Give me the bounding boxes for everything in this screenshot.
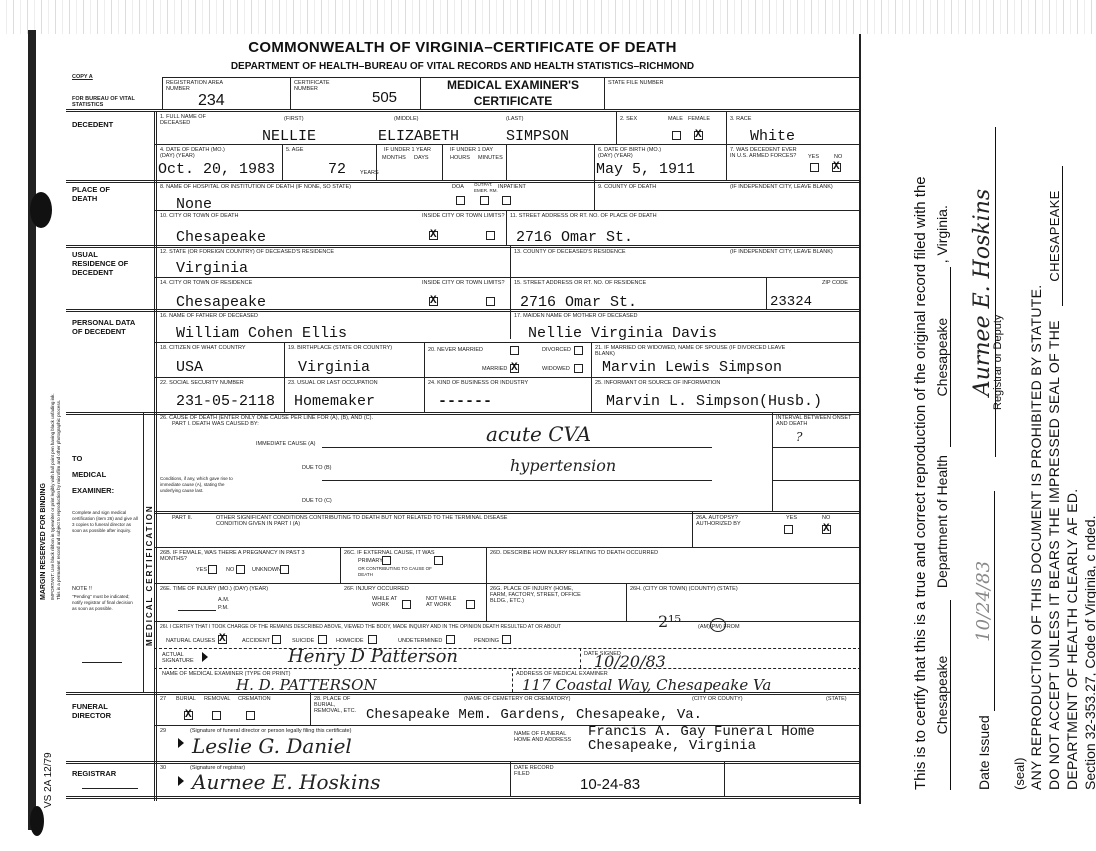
divider [154,547,861,548]
conditions-note: Conditions, if any, which gave rise to i… [160,476,244,494]
f15-label: 15. STREET ADDRESS OR RT. NO. OF RESIDEN… [514,280,646,286]
pregnancy-unknown-checkbox[interactable] [280,565,289,574]
warning-city: CHESAPEAKE [1047,166,1063,306]
doa-checkbox[interactable] [456,196,465,205]
inpatient-label: Inpatient [498,184,526,190]
cause-line-a [322,447,712,448]
binding-edge [28,30,36,830]
arrow-icon [178,738,184,748]
spouse-name: Marvin Lewis Simpson [602,359,782,376]
father-name: William Cohen Ellis [176,325,347,342]
suicide-checkbox[interactable] [318,635,327,644]
burial-label: BURIAL [176,696,196,702]
immediate-cause-label: IMMEDIATE CAUSE (A) [256,441,316,447]
divider [772,412,773,512]
divider [282,144,283,180]
section-place-of-death: PLACE OF DEATH [72,185,132,203]
natural-causes-label: NATURAL CAUSES [166,638,215,644]
warning-line-2a: DO NOT ACCEPT UNLESS IT BEARS THE IMPRES… [1046,320,1062,790]
never-married-label: 20. NEVER MARRIED [428,347,483,353]
divorced-label: DIVORCED [542,347,571,353]
due-to-b-value: hypertension [510,456,616,475]
divider [726,111,727,144]
date-of-death: Oct. 20, 1983 [158,161,275,178]
natural-causes-checkbox[interactable] [218,635,227,644]
divider [66,692,861,695]
not-while-at-work-checkbox[interactable] [466,600,475,609]
divider [772,447,861,448]
section-usual-residence: USUAL RESIDENCE OF DECEDENT [72,250,142,277]
autopsy-no-label: no [822,515,830,521]
f17-label: 17. MAIDEN NAME OF MOTHER OF DECEASED [514,313,637,319]
certify-state: , Virginia. [934,205,950,263]
f26d-label: 26d. DESCRIBE HOW INJURY RELATING TO DEA… [490,550,658,556]
part2-label: PART II. [172,515,192,521]
arrow-icon [202,652,208,662]
cemetery-label: (name of cemetery or crematory) [464,696,570,702]
interval-value: ? [796,430,802,444]
me-signature[interactable]: Henry D Patterson [288,646,458,667]
death-certificate-form: COMMONWEALTH OF VIRGINIA–CERTIFICATE OF … [66,34,861,804]
inpatient-checkbox[interactable] [502,196,511,205]
date-of-birth: May 5, 1911 [596,161,695,178]
divider [154,583,486,584]
funeral-home-address: Chesapeake, Virginia [588,738,756,754]
copy-label: COPY A [72,74,93,80]
married-label: MARRIED [482,366,507,372]
city-of-death: Chesapeake [176,229,266,246]
to-me-note: Complete and sign medical certification … [72,510,138,534]
business-value: ------ [438,393,492,410]
f26g-label: 26g. PLACE OF INJURY (home, farm, factor… [490,586,590,604]
f28-label: 28. PLACE OF BURIAL, REMOVAL, ETC. [314,696,364,714]
removal-label: REMOVAL [204,696,231,702]
divider [154,144,861,145]
undetermined-label: UNDETERMINED [398,638,442,644]
divider [486,583,861,584]
cremation-label: CREMATION [238,696,271,702]
f26e-label: 26e. TIME OF INJURY (mo.) (day) (year) [160,586,268,592]
binding-margin-label: MARGIN RESERVED FOR BINDING [40,483,47,600]
divider [154,511,861,514]
divider [66,796,861,799]
autopsy-no-checkbox[interactable] [822,525,831,534]
age-value: 72 [328,161,346,178]
armed-no-label: no [834,154,842,160]
date-filed-value: 10-24-83 [580,776,640,793]
f10-label: 10. CITY OR TOWN OF DEATH [160,213,238,219]
while-at-work-checkbox[interactable] [402,600,411,609]
divider [376,144,377,180]
informant-value: Marvin L. Simpson(Husb.) [606,393,822,410]
city-county-label: (city or county) [692,696,743,702]
pm-circle [710,618,726,632]
note-label: NOTE !! [72,586,92,592]
section-funeral-director: FUNERAL DIRECTOR [72,702,142,720]
f3-label: 3. RACE [730,116,751,122]
form-code: VS 2A 12/79 [43,752,54,808]
while-work-label: while at work [372,596,400,608]
divider [692,511,693,547]
divider [724,761,725,797]
to-me-label-3: EXAMINER: [72,486,114,495]
not-while-work-label: not while at work [426,596,462,608]
widowed-label: WIDOWED [542,366,570,372]
divider [154,377,861,378]
middle-label: (middle) [394,116,418,122]
section-column-divider [154,111,157,801]
divider [604,77,605,109]
divider [154,277,861,278]
preg-yes-label: yes [196,567,207,573]
divider [510,761,511,797]
f6-label: 6. DATE OF BIRTH (mo.) (day) (year) [598,147,668,159]
married-checkbox[interactable] [510,364,519,373]
under-1-year-label: IF UNDER 1 YEAR [384,147,431,153]
last-label: (last) [506,116,523,122]
fd-signature[interactable]: Leslie G. Daniel [192,734,352,758]
pregnancy-yes-checkbox[interactable] [208,565,217,574]
homicide-checkbox[interactable] [368,635,377,644]
occupation-value: Homemaker [294,393,375,410]
interval-label: INTERVAL BETWEEN ONSET AND DEATH [776,415,856,427]
male-checkbox[interactable] [672,131,681,140]
cause-line-b [322,480,712,481]
f19-label: 19. BIRTHPLACE (state or country) [288,345,392,351]
divider [143,412,144,692]
f11-label: 11. STREET ADDRESS OR RT. NO. OF PLACE O… [510,213,657,219]
divider [626,583,627,621]
primary-label: PRIMARY [358,558,383,564]
mother-name: Nellie Virginia Davis [528,325,717,342]
time-line [178,610,216,611]
months-label: months [382,155,406,161]
er-checkbox[interactable] [480,196,489,205]
pm-label: P.M. [218,605,229,611]
never-married-checkbox[interactable] [510,346,519,355]
place-of-burial-value: Chesapeake Mem. Gardens, Chesapeake, Va. [366,707,702,723]
inside-limits-label: inside city or town limits? [422,213,505,219]
first-label: (first) [284,116,304,122]
funeral-home-label: NAME OF FUNERAL HOME AND ADDRESS [514,731,574,743]
f26h-label: 26h. (city or town) (county) (state) [630,586,738,592]
divider [442,144,443,180]
pending-label: PENDING [474,638,499,644]
accident-label: ACCIDENT [242,638,270,644]
warning-line-2: DO NOT ACCEPT UNLESS IT BEARS THE IMPRES… [1046,166,1063,790]
divider [310,692,311,725]
removal-checkbox[interactable] [212,711,221,720]
f30-label: 30 [160,765,166,771]
date-filed-label: DATE RECORD FILED [514,765,564,777]
registration-label: REGISTRATION AREA NUMBER [166,80,246,92]
time-of-death: 2¹⁵ [658,612,681,631]
f23-label: 23. USUAL OR LAST OCCUPATION [288,380,378,386]
divider [154,621,861,622]
armed-forces-no-checkbox[interactable] [832,163,841,172]
divider [154,668,861,669]
f4-label: 4. DATE OF DEATH (mo.) (day) (year) [160,147,240,159]
divider [766,277,767,309]
am-label: A.M. [218,597,229,603]
f18-label: 18. CITIZEN OF WHAT COUNTRY [160,345,246,351]
divider [66,109,861,112]
due-to-c-label: DUE TO (C) [302,498,332,504]
certify-line-3: Date Issued 10/24/83 Aurnee E. Hoskins [970,128,996,791]
autopsy-label: 26a. AUTOPSY? AUTHORIZED BY [696,515,766,527]
divider [162,77,163,109]
state-file-label: STATE FILE NUMBER [608,80,668,86]
to-me-label-1: TO [72,454,82,463]
part1-label: PART I. DEATH WAS CAUSED BY: [172,421,259,427]
certificate-number: 505 [372,89,397,106]
f21-label: 21. IF MARRIED OR WIDOWED, NAME OF SPOUS… [595,345,795,357]
warning-line-3: DEPARTMENT OF HEALTH CLEARLY AF ED. [1064,489,1080,790]
ssn-value: 231-05-2118 [176,393,275,410]
f13-note: (if independent city, leave blank) [730,249,833,255]
warning-line-1: ANY REPRODUCTION OF THIS DOCUMENT IS PRO… [1028,285,1044,790]
certify-city-1: Chesapeake [934,600,951,790]
birthplace-value: Virginia [298,359,370,376]
days-label: days [414,155,429,161]
inside-limits-yes-checkbox[interactable] [429,231,438,240]
under-1-day-label: IF UNDER 1 DAY [450,147,493,153]
divider [594,180,595,210]
certify-line-1: This is to certify that this is a true a… [912,176,929,790]
race-value: White [750,128,795,145]
registration-number: 234 [198,92,225,110]
f9-note: (if independent city, leave blank) [730,184,833,190]
f13-label: 13. COUNTY OF DECEASED'S RESIDENCE [514,249,626,255]
divider [154,342,861,343]
binding-note-2: This is a permanent record and subject t… [56,400,62,600]
f12-label: 12. STATE (OR FOREIGN COUNTRY) OF DECEAS… [160,249,334,255]
warning-line-4: Section 32-353.27, Code of Virginia, c n… [1082,516,1096,790]
part2-text: OTHER SIGNIFICANT CONDITIONS CONTRIBUTIN… [216,515,516,527]
state-of-residence: Virginia [176,260,248,277]
divider [420,77,421,109]
preg-no-label: no [226,567,234,573]
due-to-b-label: DUE TO (B) [302,465,331,471]
autopsy-yes-checkbox[interactable] [784,525,793,534]
divider [486,547,487,621]
middle-name: ELIZABETH [378,128,459,145]
divider [340,547,341,583]
f14-label: 14. CITY OR TOWN OF RESIDENCE [160,280,252,286]
divider [66,309,861,312]
divider [506,144,507,180]
f27-label: 27 [160,696,166,702]
f26b-label: 26b. IF FEMALE, WAS THERE A PREGNANCY IN… [160,550,330,562]
accident-checkbox[interactable] [272,635,281,644]
certificate-label: CERTIFICATE NUMBER [294,80,354,92]
last-name: SIMPSON [506,128,569,145]
divider [512,668,513,692]
f7-label: 7. WAS DECEDENT EVER IN U.S. ARMED FORCE… [730,147,800,159]
inside-limits-no-checkbox[interactable] [486,231,495,240]
primary-checkbox[interactable] [382,556,391,565]
f1-label: 1. FULL NAME OF DECEASED [160,114,230,126]
preg-unknown-label: unknown [252,567,281,573]
hours-label: hours [450,155,470,161]
divider [82,662,122,663]
for-bureau-label: FOR BUREAU OF VITAL STATISTICS [72,96,152,108]
widowed-checkbox[interactable] [574,364,583,373]
certification-stamp: This is to certify that this is a true a… [912,0,1096,790]
f8-label: 8. NAME OF HOSPITAL OR INSTITUTION OF DE… [160,184,351,190]
immediate-cause-value: acute CVA [486,422,591,446]
armed-forces-yes-checkbox[interactable] [810,163,819,172]
res-inside-limits-yes-checkbox[interactable] [429,297,438,306]
seal-label: (seal) [1012,757,1027,790]
female-label: female [688,116,710,122]
f26f-label: 26f. INJURY OCCURRED [344,586,409,592]
contributing-label: or CONTRIBUTING TO CAUSE OF DEATH [358,566,438,578]
date-issued-label: Date Issued [976,715,992,790]
f9-label: 9. COUNTY OF DEATH [598,184,656,190]
divider [726,144,727,180]
divider [82,788,138,789]
date-issued-value: 10/24/83 [973,491,995,711]
f16-label: 16. NAME OF FATHER OF DECEASED [160,313,258,319]
f5-label: 5. AGE [286,147,303,153]
minutes-label: minutes [478,155,503,161]
pending-checkbox[interactable] [502,635,511,644]
divider [66,245,861,248]
doa-label: DOA [452,184,464,190]
res-inside-limits-no-checkbox[interactable] [486,297,495,306]
divider [66,761,861,764]
f22-label: 22. SOCIAL SECURITY NUMBER [160,380,244,386]
homicide-label: HOMICIDE [336,638,364,644]
certificate-subtitle: DEPARTMENT OF HEALTH–BUREAU OF VITAL REC… [66,61,859,72]
contributing-checkbox[interactable] [434,556,443,565]
certify-city-2: Chesapeake [934,267,951,447]
f24-label: 24. KIND OF BUSINESS OR INDUSTRY [428,380,528,386]
cremation-checkbox[interactable] [246,711,255,720]
certificate-title: COMMONWEALTH OF VIRGINIA–CERTIFICATE OF … [66,39,859,56]
state-label: (state) [826,696,847,702]
divider [290,77,291,109]
undetermined-checkbox[interactable] [446,635,455,644]
divider [154,210,861,211]
divider [66,180,861,183]
burial-checkbox[interactable] [184,711,193,720]
form-type-2: CERTIFICATE [428,94,598,108]
male-label: male [668,116,683,122]
divider [772,480,861,481]
to-me-label-2: MEDICAL [72,470,106,479]
certify-line-2: Chesapeake Department of Health Chesapea… [934,205,951,790]
first-name: NELLIE [262,128,316,145]
signature-label: ACTUAL SIGNATURE [162,652,202,664]
punch-hole [30,192,52,228]
f2-label: 2. SEX [620,116,637,122]
medical-certification-label: MEDICAL CERTIFICATION [145,504,154,646]
divider [506,210,507,245]
citizen-value: USA [176,359,203,376]
divider [616,111,617,144]
pregnancy-no-checkbox[interactable] [236,565,245,574]
registrar-signature[interactable]: Aurnee E. Hoskins [192,770,381,794]
divorced-checkbox[interactable] [574,346,583,355]
arrow-icon [178,776,184,786]
zip-label: ZIP CODE [822,280,848,286]
f29-label: 29 [160,728,166,734]
section-decedent: DECEDENT [72,120,113,129]
autopsy-yes-label: yes [786,515,797,521]
punch-hole [30,806,44,836]
divider [580,648,581,668]
armed-yes-label: yes [808,154,819,160]
res-inside-limits-label: inside city or town limits? [422,280,505,286]
divider [510,245,511,339]
section-registrar: REGISTRAR [72,769,116,778]
suicide-label: SUICIDE [292,638,314,644]
zip-value: 23324 [770,294,812,310]
certify-dept: Department of Health [934,455,950,588]
divider [594,144,595,180]
form-type-1: MEDICAL EXAMINER'S [428,78,598,92]
section-personal-data: PERSONAL DATA OF DECEDENT [72,318,142,336]
female-checkbox[interactable] [694,131,703,140]
registrar-deputy-label: Registrar or Deputy [992,315,1004,410]
note-text: "Pending" must be indicated; notify regi… [72,594,138,612]
f25-label: 25. INFORMANT OR SOURCE OF INFORMATION [595,380,720,386]
f26i-label: 26i. I CERTIFY that I took charge of the… [160,624,561,630]
street-of-death: 2716 Omar St. [516,229,633,246]
divider [154,648,861,649]
